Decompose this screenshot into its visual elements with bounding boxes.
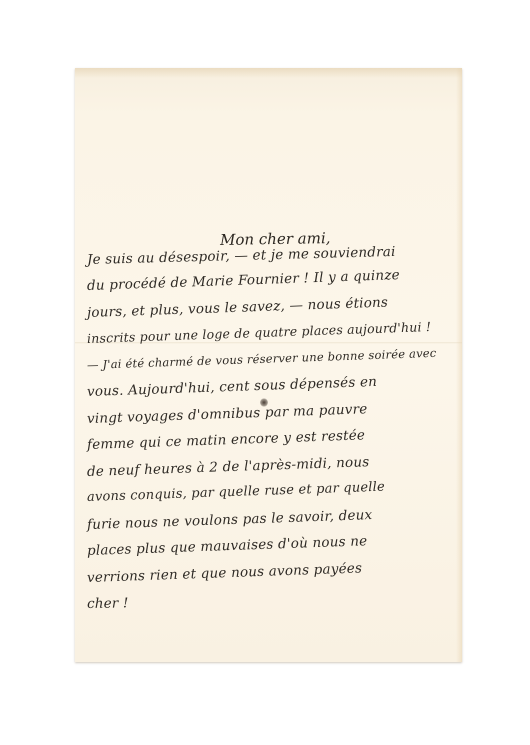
letter-line: de neuf heures à 2 de l'après-midi, nous (87, 454, 370, 480)
letter-line: vingt voyages d'omnibus par ma pauvre (87, 401, 368, 427)
letter-line: jours, et plus, vous le savez, — nous ét… (87, 294, 389, 321)
letter-sheet: Mon cher ami, Je suis au désespoir, — et… (75, 68, 462, 662)
letter-line: vous. Aujourd'hui, cent sous dépensés en (87, 374, 378, 400)
letter-line: — J'ai été charmé de vous réserver une b… (87, 346, 437, 372)
letter-line: verrions rien et que nous avons payées (87, 560, 363, 586)
letter-line: avons conquis, par quelle ruse et par qu… (87, 480, 385, 505)
letter-line: du procédé de Marie Fournier ! Il y a qu… (87, 267, 400, 294)
letter-line: cher ! (87, 595, 129, 612)
letter-line: places plus que mauvaises d'où nous ne (87, 533, 368, 559)
letter-line: Je suis au désespoir, — et je me souvien… (87, 244, 396, 268)
letter-line: femme qui ce matin encore y est restée (87, 427, 366, 453)
letter-line: furie nous ne voulons pas le savoir, deu… (87, 507, 373, 533)
